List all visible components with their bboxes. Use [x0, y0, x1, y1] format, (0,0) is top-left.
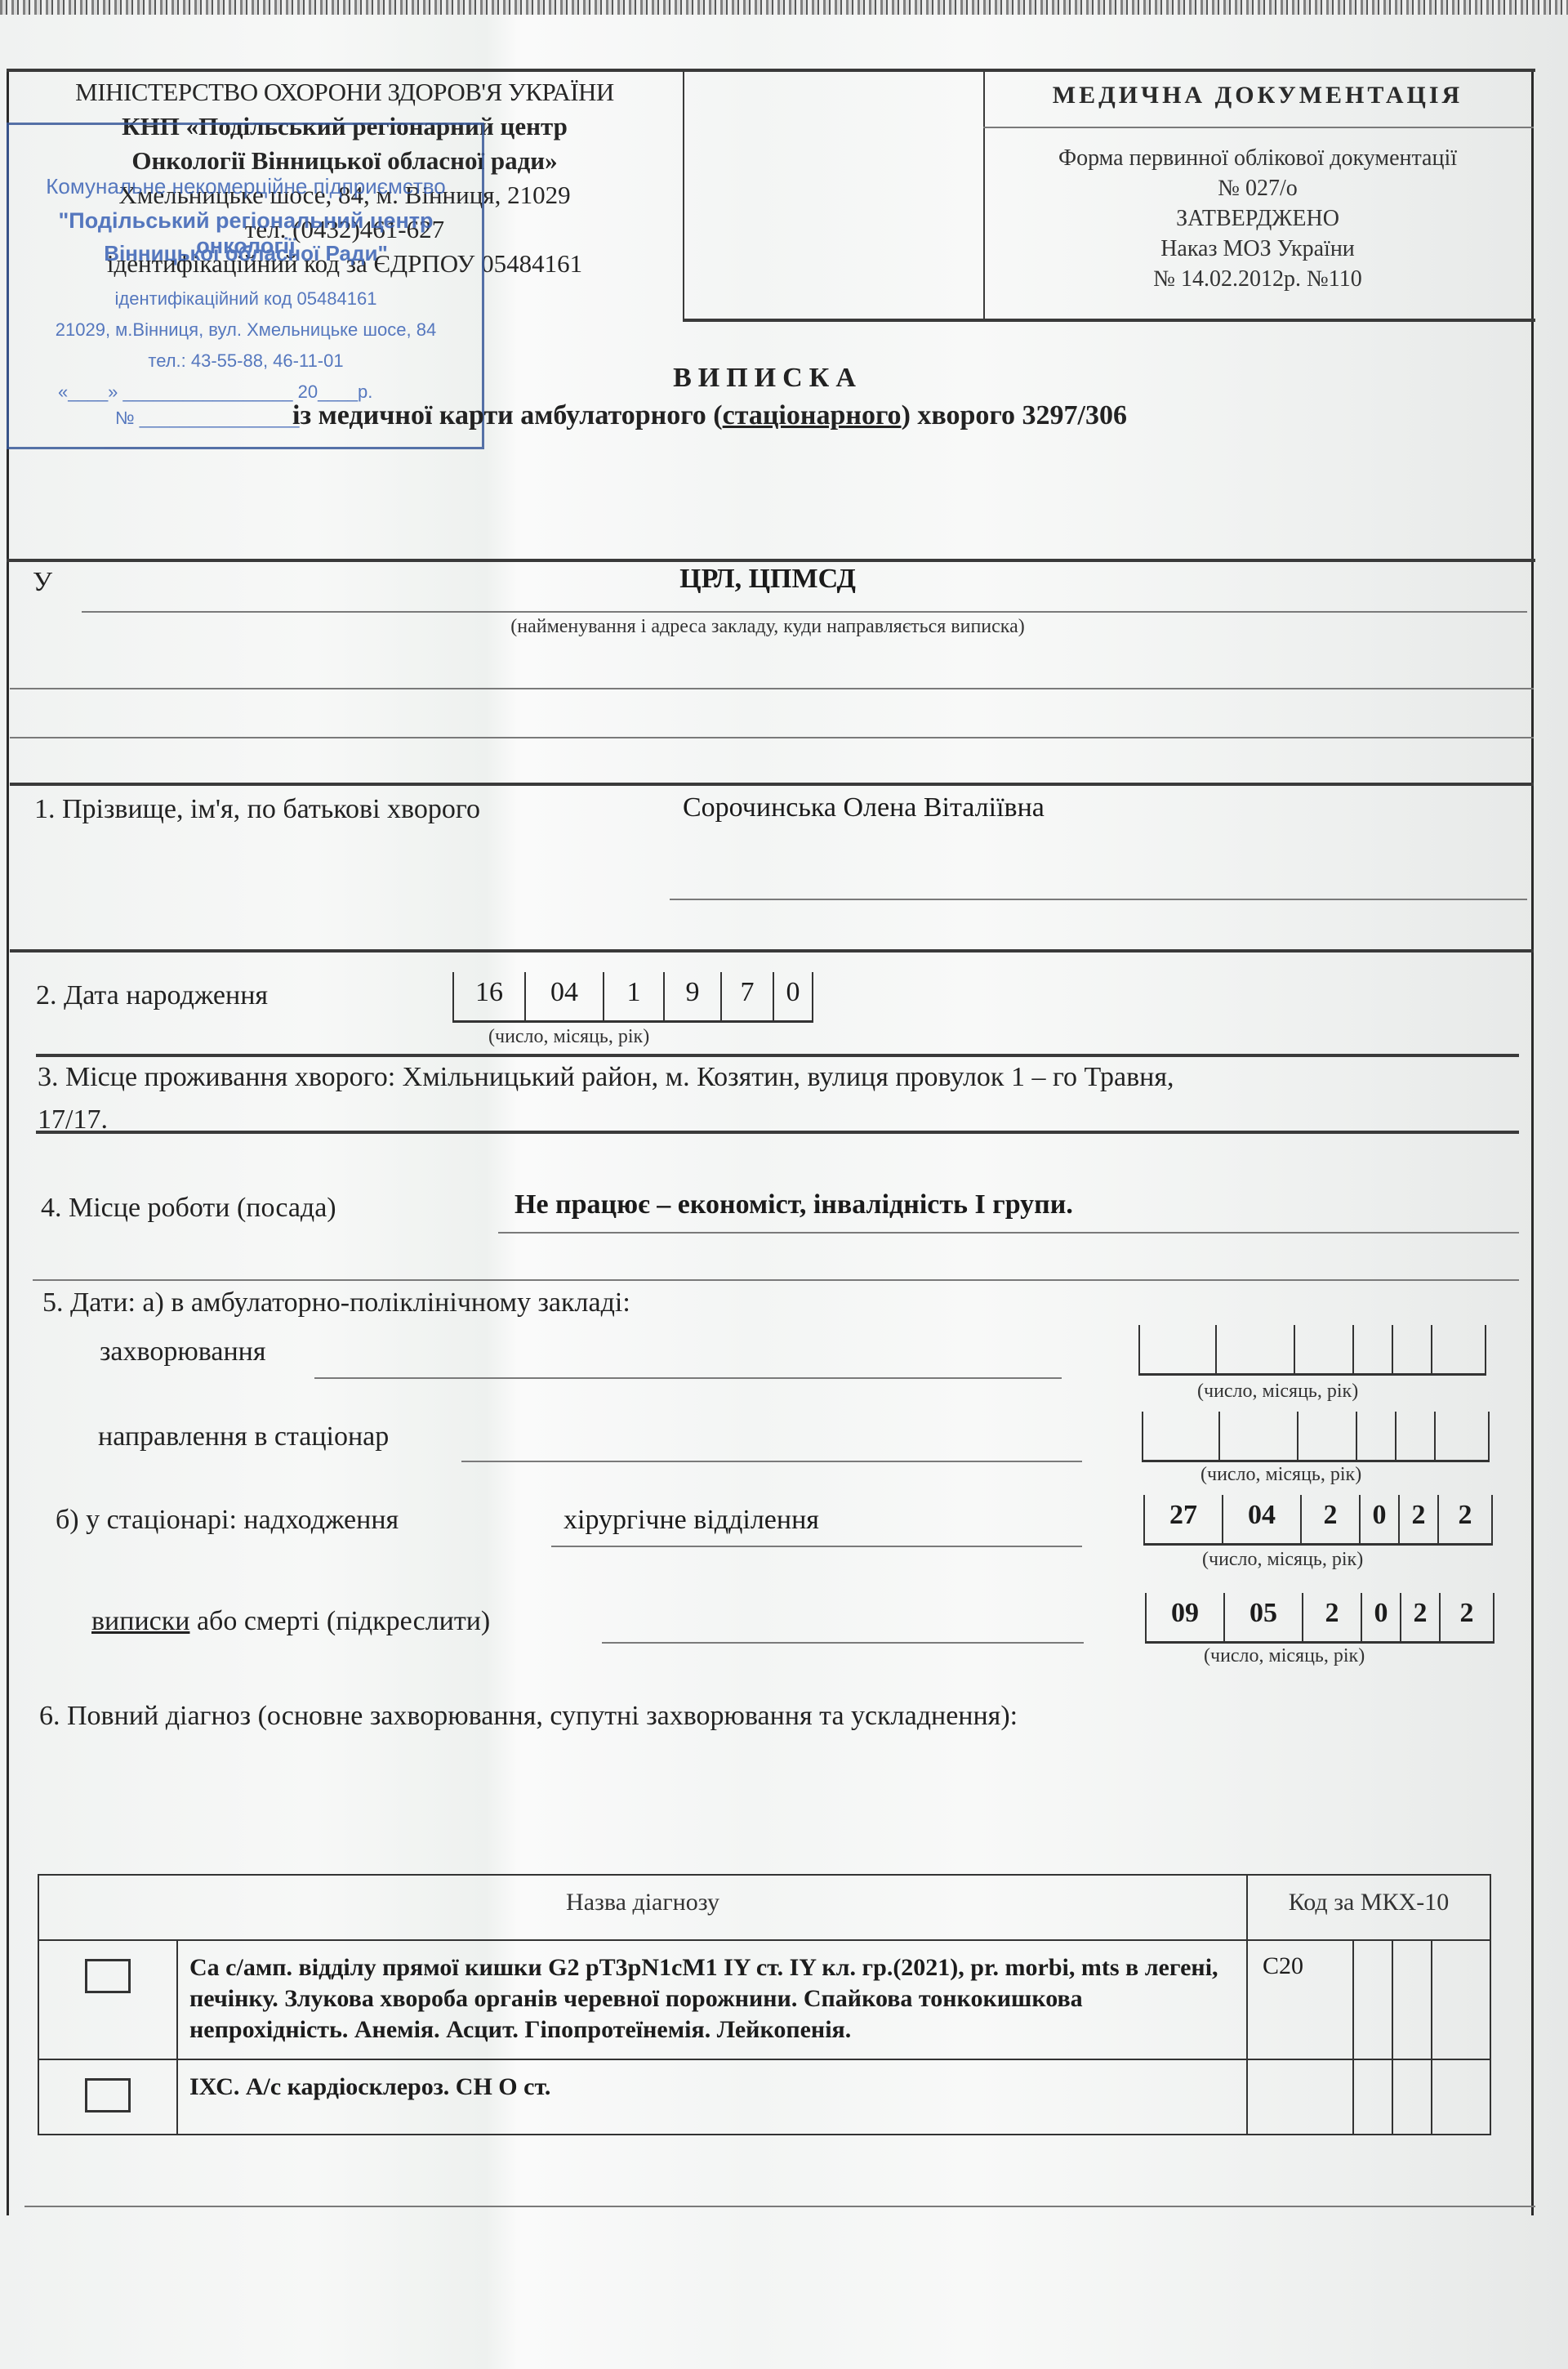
referral-date-label: направлення в стаціонар [98, 1421, 389, 1452]
date-cell: 04 [1223, 1495, 1302, 1543]
section-divider-3 [36, 1054, 1519, 1057]
illness-date-cells [1138, 1325, 1486, 1376]
code-subcell [1353, 1940, 1392, 2059]
code-subcell [1392, 2059, 1432, 2135]
icd10-code-header: Код за МКХ-10 [1247, 1875, 1490, 1940]
section-divider-4 [36, 1131, 1519, 1134]
patient-name-value: Сорочинська Олена Віталіївна [683, 792, 1045, 823]
approved-label: ЗАТВЕРДЖЕНО [984, 203, 1531, 234]
header-bottom-border [683, 319, 1535, 322]
date-cell: 2 [1441, 1593, 1494, 1641]
code-subcell [1353, 2059, 1392, 2135]
date-cell: 2 [1303, 1593, 1362, 1641]
order-label: Наказ МОЗ України [984, 234, 1531, 264]
diagnosis-label: 6. Повний діагноз (основне захворювання,… [39, 1701, 1018, 1732]
date-cell: 7 [722, 972, 774, 1020]
code-subcell [1432, 2059, 1490, 2135]
illness-underline [314, 1377, 1062, 1379]
medical-documentation-title: МЕДИЧНА ДОКУМЕНТАЦІЯ [984, 82, 1531, 109]
workplace-label: 4. Місце роботи (посада) [41, 1193, 336, 1224]
date-cell: 1 [604, 972, 665, 1020]
subtitle-suffix: ) хворого 3297/306 [902, 400, 1127, 431]
discharge-underline [602, 1642, 1084, 1644]
document-subtitle: із медичної карти амбулаторного (стаціон… [292, 400, 1127, 431]
recipient-top-border [7, 559, 1535, 562]
diagnosis-row: Са с/амп. відділу прямої кишки G2 pT3pN1… [38, 1940, 1490, 2059]
date-cell [1140, 1325, 1217, 1373]
date-cell [1396, 1412, 1436, 1460]
admission-date-label: б) у стаціонарі: надходження [56, 1505, 399, 1536]
blank-line-1 [10, 688, 1534, 689]
name-underline [670, 899, 1527, 900]
date-cell: 16 [454, 972, 526, 1020]
icd10-code [1247, 2059, 1353, 2135]
date-cell: 27 [1145, 1495, 1223, 1543]
date-cell [1217, 1325, 1295, 1373]
birth-date-cells: 16041970 [452, 972, 813, 1023]
diagnosis-checkbox[interactable] [85, 2078, 131, 2112]
section-divider-1 [10, 783, 1534, 786]
birth-date-caption: (число, місяць, рік) [488, 1026, 649, 1048]
date-cell [1295, 1325, 1354, 1373]
discharge-date-label: виписки або смерті (підкреслити) [91, 1606, 490, 1637]
admission-date-cells: 27042022 [1143, 1495, 1493, 1546]
illness-date-caption: (число, місяць, рік) [1197, 1381, 1358, 1403]
date-cell [1436, 1412, 1490, 1460]
header-divider-1 [683, 70, 684, 320]
date-cell [1357, 1412, 1396, 1460]
date-cell: 2 [1302, 1495, 1361, 1543]
order-date: № 14.02.2012р. №110 [984, 264, 1531, 294]
date-cell [1393, 1325, 1432, 1373]
illness-date-label: захворювання [100, 1336, 265, 1367]
admission-department: хірургічне відділення [563, 1505, 819, 1536]
date-cell: 09 [1147, 1593, 1225, 1641]
referral-date-cells [1142, 1412, 1490, 1462]
diagnosis-checkbox[interactable] [85, 1959, 131, 1993]
ministry-name: МІНІСТЕРСТВО ОХОРОНИ ЗДОРОВ'Я УКРАЇНИ [10, 75, 679, 109]
date-cell [1432, 1325, 1486, 1373]
date-cell [1354, 1325, 1393, 1373]
subtitle-underlined: стаціонарного [723, 400, 902, 431]
section-divider-5 [33, 1279, 1519, 1281]
diagnosis-text: Са с/амп. відділу прямої кишки G2 pT3pN1… [177, 1940, 1247, 2059]
referral-underline [461, 1461, 1082, 1462]
date-cell [1143, 1412, 1220, 1460]
diagnosis-table: Назва діагнозу Код за МКХ-10 Са с/амп. в… [38, 1874, 1491, 2135]
form-type: Форма первинної облікової документації [984, 143, 1531, 173]
recipient-caption: (найменування і адреса закладу, куди нап… [0, 616, 1535, 638]
paper-edge [0, 0, 1568, 16]
discharge-label-text: або смерті (підкреслити) [189, 1606, 490, 1636]
diagnosis-checkbox-cell [38, 2059, 177, 2135]
workplace-underline [498, 1232, 1519, 1234]
recipient-value: ЦРЛ, ЦПМСД [0, 564, 1535, 595]
date-cell: 2 [1400, 1495, 1439, 1543]
stamp-line-5: 21029, м.Вінниця, вул. Хмельницьке шосе,… [9, 319, 483, 341]
form-bottom-line [24, 2206, 1535, 2207]
date-cell: 0 [1362, 1593, 1401, 1641]
section-divider-2 [10, 949, 1534, 953]
residence-label: 3. Місце проживання хворого: Хмільницьки… [38, 1062, 1174, 1093]
admission-date-caption: (число, місяць, рік) [1202, 1549, 1363, 1571]
referral-date-caption: (число, місяць, рік) [1200, 1464, 1361, 1486]
diagnosis-text: ІХС. А/с кардіосклероз. СН О ст. [177, 2059, 1247, 2135]
admission-underline [551, 1546, 1082, 1547]
date-cell: 2 [1439, 1495, 1493, 1543]
form-number: № 027/о [984, 173, 1531, 203]
date-cell: 04 [526, 972, 604, 1020]
blank-line-2 [10, 737, 1534, 738]
date-cell: 0 [774, 972, 813, 1020]
date-cell: 2 [1401, 1593, 1441, 1641]
diagnosis-row: ІХС. А/с кардіосклероз. СН О ст. [38, 2059, 1490, 2135]
diagnosis-checkbox-cell [38, 1940, 177, 2059]
recipient-underline [82, 611, 1527, 613]
discharge-underlined: виписки [91, 1606, 189, 1636]
dates-label: 5. Дати: а) в амбулаторно-поліклінічному… [42, 1287, 630, 1318]
subtitle-prefix: із медичної карти амбулаторного ( [292, 400, 723, 431]
birth-date-label: 2. Дата народження [36, 980, 268, 1011]
diagnosis-name-header: Назва діагнозу [38, 1875, 1247, 1940]
discharge-date-caption: (число, місяць, рік) [1204, 1645, 1365, 1667]
date-cell: 05 [1225, 1593, 1303, 1641]
icd10-code: С20 [1247, 1940, 1353, 2059]
date-cell: 9 [665, 972, 722, 1020]
header-right-divider [983, 127, 1534, 128]
patient-name-label: 1. Прізвище, ім'я, по батькові хворого [34, 794, 480, 825]
date-cell: 0 [1361, 1495, 1400, 1543]
stamp-line-4: ідентифікаційний код 05484161 [9, 288, 483, 310]
stamp-line-1: Комунальне некомерційне підприємство [17, 174, 474, 199]
form-approval-info: Форма первинної облікової документації №… [984, 143, 1531, 294]
date-cell [1220, 1412, 1298, 1460]
stamp-line-3: Вінницької обласної Ради" [9, 241, 483, 266]
code-subcell [1432, 1940, 1490, 2059]
header-top-border [7, 69, 1535, 72]
document-title: ВИПИСКА [0, 363, 1535, 394]
code-subcell [1392, 1940, 1432, 2059]
discharge-date-cells: 09052022 [1145, 1593, 1494, 1644]
date-cell [1298, 1412, 1357, 1460]
workplace-value: Не працює – економіст, інвалідність І гр… [514, 1189, 1073, 1220]
